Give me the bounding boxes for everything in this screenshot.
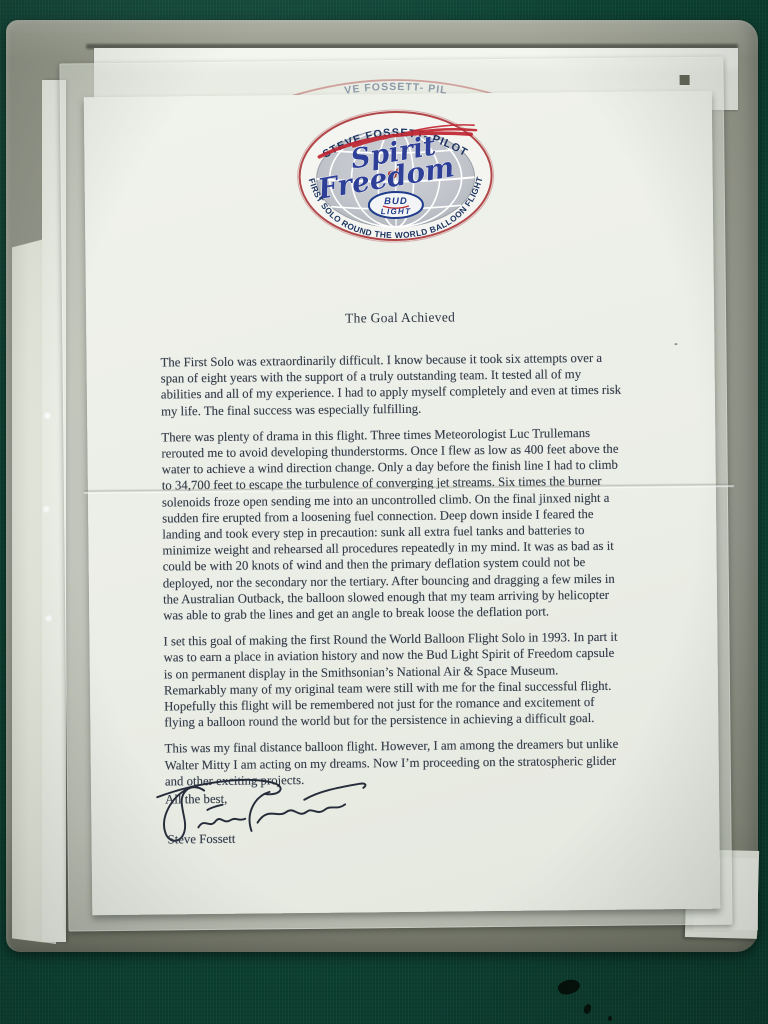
spirit-of-freedom-logo: STEVE FOSSETT- PILOT Spirit of Freedom B… xyxy=(295,103,496,245)
typed-name: Steve Fossett xyxy=(167,832,235,848)
letter-body: The First Solo was extraordinarily diffi… xyxy=(160,350,625,800)
text-line: flying a balloon round the world but for… xyxy=(164,710,624,731)
paragraph: There was plenty of drama in this flight… xyxy=(161,424,623,623)
paragraph: I set this goal of making the first Roun… xyxy=(163,629,624,731)
light-text: LIGHT xyxy=(381,207,412,216)
text-line: was able to grab the lines and get an an… xyxy=(163,603,623,624)
letter-title: The Goal Achieved xyxy=(86,307,714,330)
letter-page-group: STEVE FOSSETT- PILOT Spirit of Freedom B… xyxy=(0,0,768,1024)
letter-sheet: STEVE FOSSETT- PILOT Spirit of Freedom B… xyxy=(84,91,721,916)
dust-speck xyxy=(674,343,677,345)
photo-scene: VE FOSSETT- PIL xyxy=(0,0,768,1024)
bud-light-badge: BUD LIGHT xyxy=(369,192,423,219)
ink-mark xyxy=(608,1016,612,1021)
sleeve-corner-notch xyxy=(680,75,690,85)
bud-text: BUD xyxy=(384,196,408,207)
paragraph: The First Solo was extraordinarily diffi… xyxy=(160,350,621,420)
